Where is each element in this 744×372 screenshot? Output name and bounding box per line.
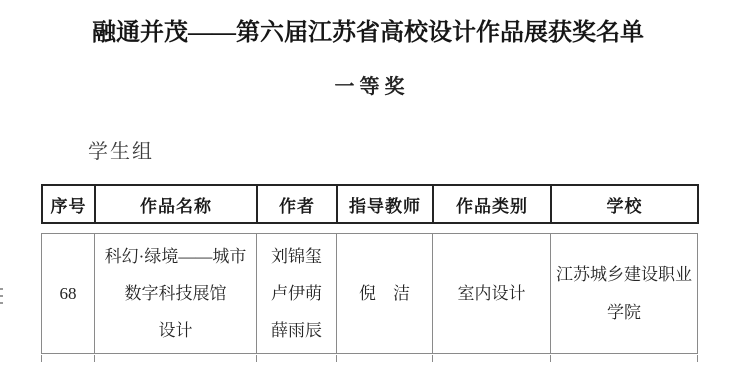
entry-number: 68 <box>60 275 77 312</box>
cell-school: 江苏城乡建设职业 学院 <box>551 234 697 353</box>
award-level-heading: 一等奖 <box>0 70 744 99</box>
awards-table-header-row: 序号 作品名称 作者 指导教师 作品类别 学校 <box>41 184 699 224</box>
work-title-line: 设计 <box>159 312 193 349</box>
column-header-author: 作者 <box>258 186 336 222</box>
author-name: 卢伊萌 <box>271 275 322 312</box>
group-label: 学生组 <box>88 135 154 164</box>
cell-work-title: 科幻·绿境——城市 数字科技展馆 设计 <box>95 234 256 353</box>
work-title-line: 数字科技展馆 <box>125 275 227 312</box>
table-gridline-stub <box>550 355 551 362</box>
column-header-no: 序号 <box>43 186 94 222</box>
author-name: 薛雨辰 <box>271 312 322 349</box>
work-title-line: 科幻·绿境——城市 <box>105 238 247 275</box>
clipped-left-edge-artifact <box>0 288 3 304</box>
table-gridline-stub <box>697 355 698 362</box>
column-header-category: 作品类别 <box>434 186 550 222</box>
cell-entry-number: 68 <box>42 234 94 353</box>
table-gridline-stub <box>432 355 433 362</box>
school-name-line: 江苏城乡建设职业 <box>556 256 692 294</box>
column-header-work: 作品名称 <box>96 186 256 222</box>
page-title: 融通并茂——第六届江苏省高校设计作品展获奖名单 <box>0 12 736 47</box>
school-name-line: 学院 <box>607 294 641 332</box>
cell-category: 室内设计 <box>433 234 550 353</box>
author-name: 刘锦玺 <box>271 238 322 275</box>
column-header-school: 学校 <box>552 186 697 222</box>
table-gridline-stub <box>94 355 95 362</box>
advisor-name: 倪 洁 <box>359 275 410 312</box>
table-gridline-stub <box>41 355 42 362</box>
column-header-advisor: 指导教师 <box>338 186 432 222</box>
work-category: 室内设计 <box>458 275 526 312</box>
awards-table-row-68: 68 科幻·绿境——城市 数字科技展馆 设计 刘锦玺 卢伊萌 薛雨辰 倪 洁 室… <box>41 233 698 354</box>
cell-authors: 刘锦玺 卢伊萌 薛雨辰 <box>257 234 336 353</box>
cell-advisor: 倪 洁 <box>337 234 432 353</box>
table-gridline-stub <box>256 355 257 362</box>
table-gridline-stub <box>336 355 337 362</box>
